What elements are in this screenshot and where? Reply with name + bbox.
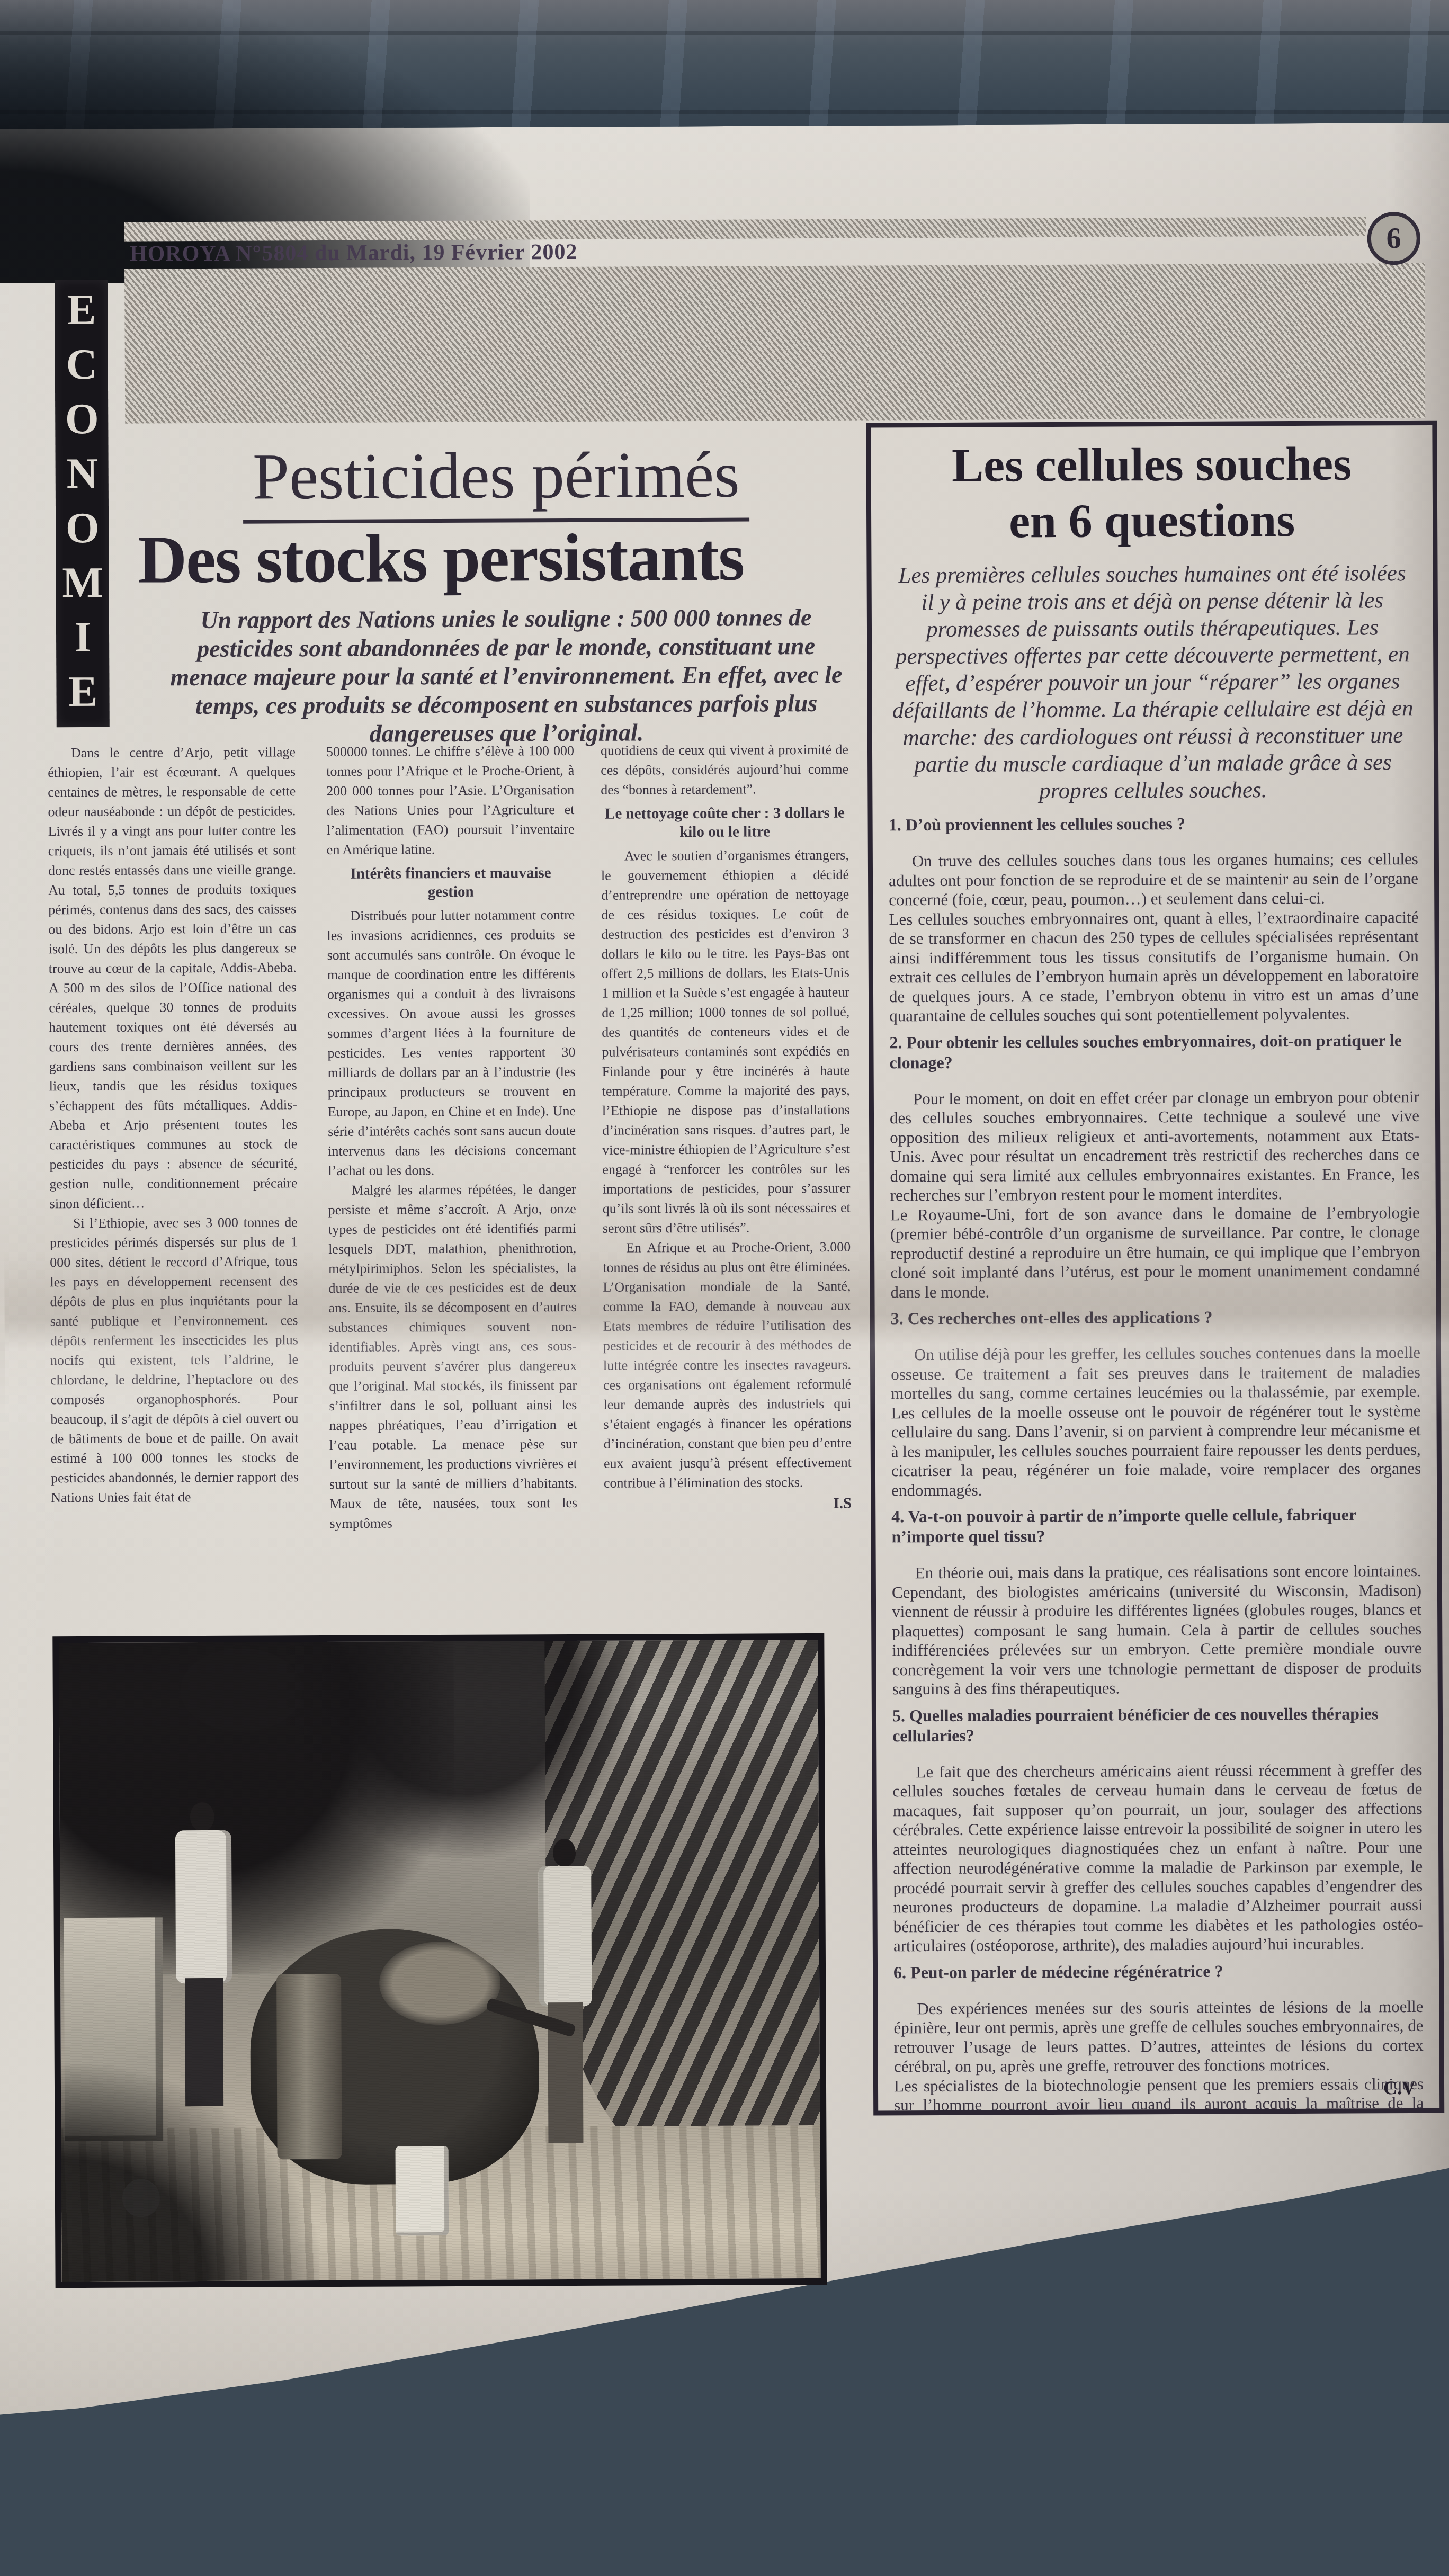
right-article-headline: Les cellules souches en 6 questions bbox=[887, 436, 1417, 550]
hatch-band bbox=[124, 263, 1425, 424]
paragraph: En Afrique et au Proche-Orient, 3.000 to… bbox=[603, 1237, 852, 1493]
question-1: 1. D’où proviennent les cellules souches… bbox=[889, 812, 1418, 835]
answer-4: En théorie oui, mais dans la pratique, c… bbox=[892, 1561, 1422, 1699]
kicker-headline: Pesticides périmés bbox=[154, 440, 838, 524]
paragraph: Dans le centre d’Arjo, petit village éth… bbox=[48, 742, 298, 1213]
question-2: 2. Pour obtenir les cellules souches emb… bbox=[889, 1030, 1419, 1072]
paragraph: 500000 tonnes. Le chiffre s’élève à 100 … bbox=[326, 741, 575, 860]
stem-cells-article: Les cellules souches en 6 questions Les … bbox=[866, 421, 1444, 2116]
left-article-column-2: 500000 tonnes. Le chiffre s’élève à 100 … bbox=[326, 741, 578, 1629]
section-banner: ECONOMIE bbox=[55, 280, 110, 727]
question-5: 5. Quelles maladies pourraient bénéficie… bbox=[892, 1703, 1422, 1745]
paragraph: Avec le soutien d’organismes étrangers, … bbox=[601, 845, 851, 1238]
answer-2: Pour le moment, on doit en effet créer p… bbox=[890, 1087, 1420, 1302]
right-article-body: 1. D’où proviennent les cellules souches… bbox=[889, 812, 1424, 2116]
paragraph: quotidiens de ceux qui vivent à proximit… bbox=[601, 740, 848, 800]
answer-3: On utilise déjà pour les greffer, les ce… bbox=[891, 1343, 1421, 1500]
paragraph: Malgré les alarmes répétées, le danger p… bbox=[328, 1179, 578, 1533]
paragraph: Si l’Ethiopie, avec ses 3 000 tonnes de … bbox=[50, 1212, 299, 1507]
question-6: 6. Peut-on parler de médecine régénératr… bbox=[893, 1960, 1423, 1982]
page-number-badge: 6 bbox=[1367, 212, 1420, 265]
answer-6: Des expériences menées sur des souris at… bbox=[893, 1997, 1424, 2115]
paragraph: Distribués pour lutter notamment contre … bbox=[327, 905, 576, 1180]
right-article-lede: Les premières cellules souches humaines … bbox=[890, 560, 1415, 805]
newspaper-photo-page: HOROYA N°5804 du Mardi, 19 Février 2002 … bbox=[0, 0, 1449, 2576]
left-article-byline: I.S bbox=[604, 1494, 852, 1515]
left-article-column-3: quotidiens de ceux qui vivent à proximit… bbox=[601, 740, 852, 1628]
page-number: 6 bbox=[1387, 221, 1401, 255]
subhead-cleanup-cost: Le nettoyage coûte cher : 3 dollars le k… bbox=[601, 804, 848, 842]
answer-1: On truve des cellules souches dans tous … bbox=[889, 849, 1419, 1026]
right-article-byline: C.V bbox=[1383, 2077, 1416, 2099]
main-headline: Des stocks persistants bbox=[41, 521, 841, 596]
depot-photo bbox=[52, 1633, 827, 2288]
photo-grain bbox=[59, 1640, 820, 2282]
page-content: HOROYA N°5804 du Mardi, 19 Février 2002 … bbox=[0, 0, 1449, 2576]
masthead: HOROYA N°5804 du Mardi, 19 Février 2002 bbox=[130, 237, 871, 267]
subhead-finances: Intérêts financiers et mauvaise gestion bbox=[327, 864, 575, 902]
left-article-column-1: Dans le centre d’Arjo, petit village éth… bbox=[48, 742, 299, 1630]
answer-5: Le fait que des chercheurs américains ai… bbox=[892, 1760, 1423, 1955]
question-3: 3. Ces recherches ont-elles des applicat… bbox=[891, 1306, 1420, 1328]
article-lede: Un rapport des Nations unies le souligne… bbox=[158, 603, 855, 749]
question-4: 4. Va-t-on pouvoir à partir de n’importe… bbox=[891, 1504, 1421, 1546]
